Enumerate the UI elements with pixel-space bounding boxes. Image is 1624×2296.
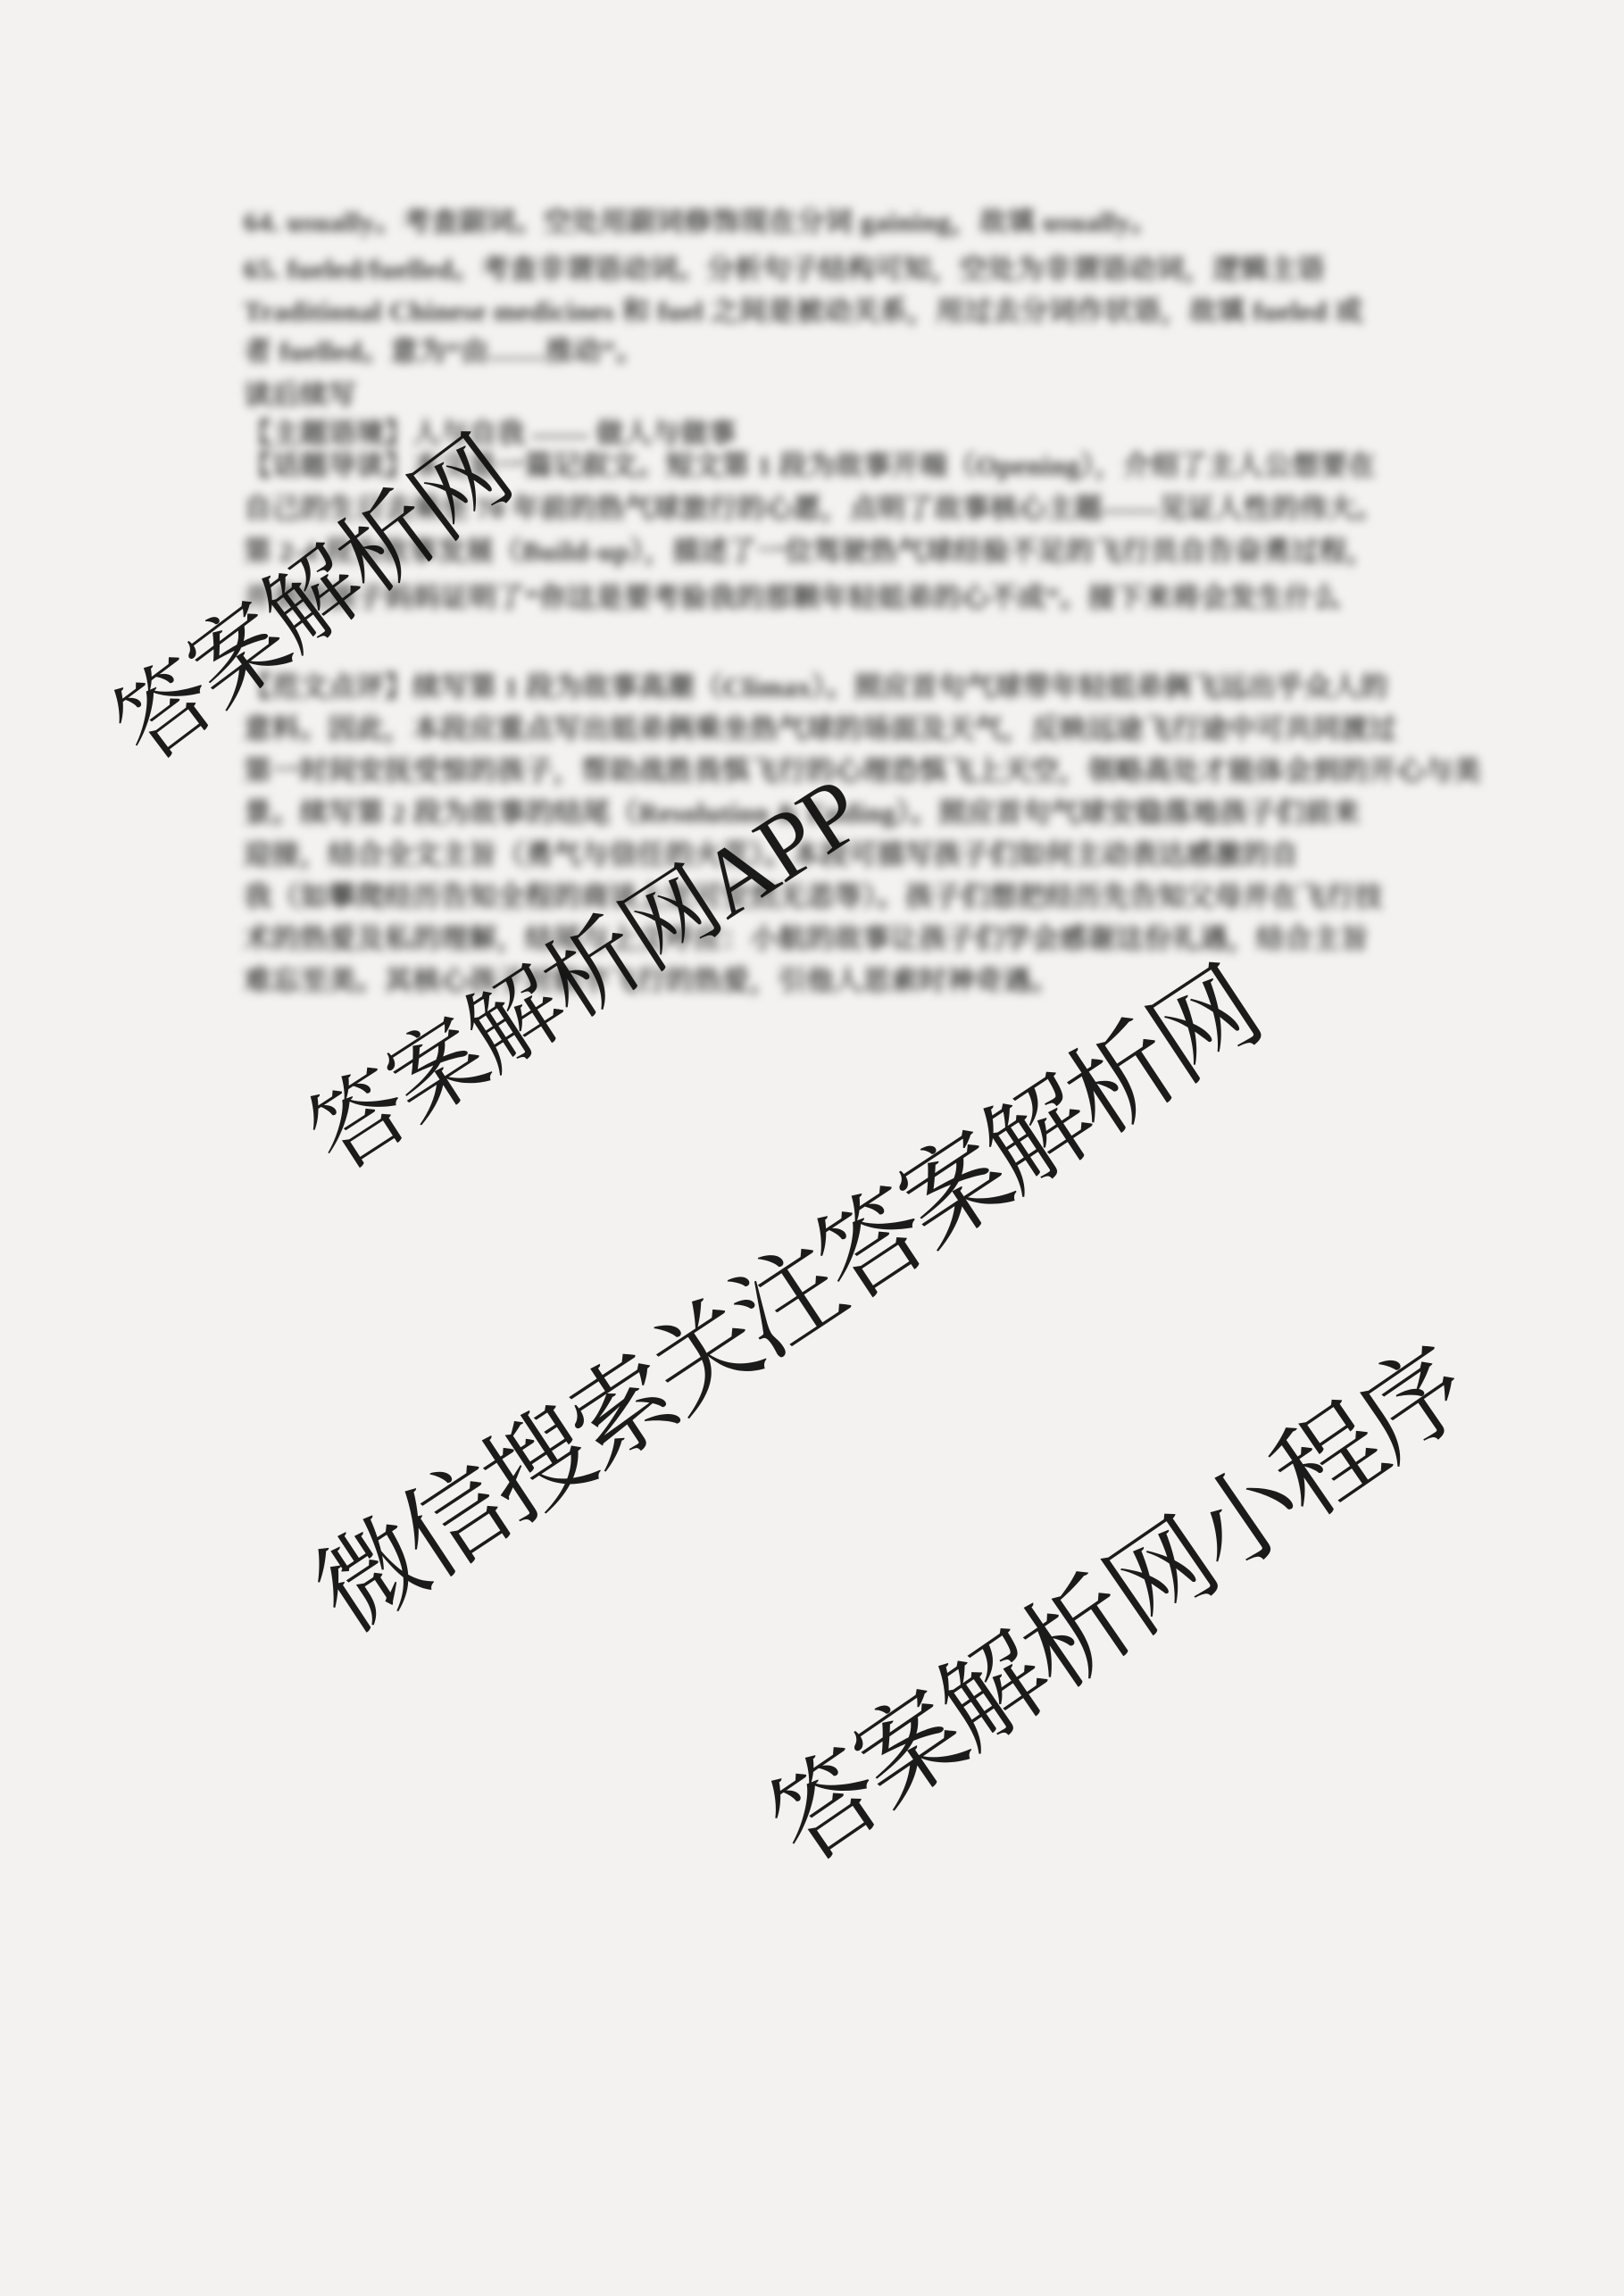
answer-65-line-2: Traditional Chinese medicines 和 fuel 之间是… — [244, 297, 1363, 326]
answer-65-line-1: 65. fueled/fuelled。考查非谓语动词。分析句子结构可知，空处为非… — [244, 255, 1325, 284]
essay-analysis-line-1: 【范文点评】续写第 1 段为故事高潮（Climax）。照应首句气球带年轻姐弟俩飞… — [244, 673, 1388, 702]
page: 64. usually。考查副词。空处用副词修饰现在分词 gaining，故填 … — [0, 0, 1624, 2296]
watermark-mini-program: 答案解析网小程序 — [754, 1333, 1485, 1881]
theme-context-line: 【主题语境】人与自我 —— 做人与做事 — [244, 420, 737, 448]
essay-analysis-line-7: 术的热爱及私的理解，结尾与上文呼应：小航的故事让孩子们学会感谢这份礼遇，结合主旨 — [244, 925, 1369, 953]
answer-64-line: 64. usually。考查副词。空处用副词修饰现在分词 gaining，故填 … — [244, 208, 1159, 237]
answer-65-line-3: 者 fuelled。意为“由……推动”。 — [244, 337, 644, 366]
essay-analysis-line-2: 意料。因此，本段应重点写出姐弟俩乘坐热气球的场面及天气，反映远途飞行途中可共同渡… — [244, 715, 1397, 744]
section-heading-continuation-writing: 读后续写 — [244, 381, 356, 410]
scanned-answer-page: { "colors": { "background": "#f3f2f0", "… — [0, 0, 1624, 2296]
essay-analysis-line-3: 第一时间安抚受惊的孩子，帮助战胜畏惧飞行的心理恐惧飞上天空，领略高处才能体会到的… — [244, 757, 1481, 786]
